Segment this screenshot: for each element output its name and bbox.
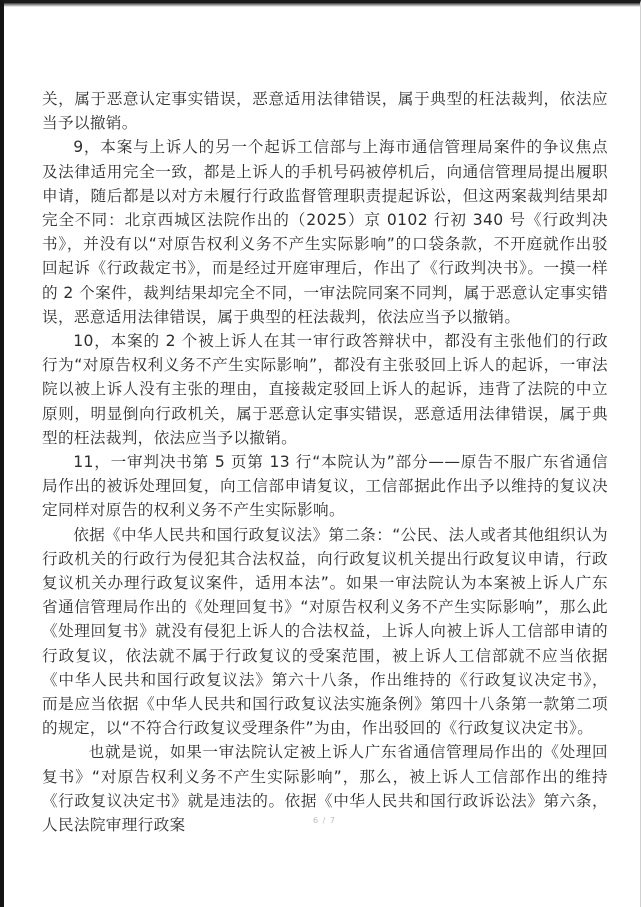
paragraph-point-9: 9，本案与上诉人的另一个起诉工信部与上海市通信管理局案件的争议焦点及法律适用完全…: [42, 135, 608, 329]
document-page: 关，属于恶意认定事实错误，恶意适用法律错误，属于典型的枉法裁判，依法应当予以撤销…: [0, 0, 641, 907]
document-body: 关，属于恶意认定事实错误，恶意适用法律错误，属于典型的枉法裁判，依法应当予以撤销…: [42, 87, 608, 837]
paragraph-point-11: 11，一审判决书第 5 页第 13 行“本院认为”部分——原告不服广东省通信局作…: [42, 450, 608, 523]
paragraph-point-10: 10，本案的 2 个被上诉人在其一审行政答辩状中，都没有主张他们的行政行为“对原…: [42, 329, 608, 450]
paragraph-administrative-review-law: 依据《中华人民共和国行政复议法》第二条：“公民、法人或者其他组织认为行政机关的行…: [42, 523, 608, 741]
page-number: 6 / 7: [4, 816, 641, 825]
paragraph-continuation: 关，属于恶意认定事实错误，恶意适用法律错误，属于典型的枉法裁判，依法应当予以撤销…: [42, 87, 608, 135]
